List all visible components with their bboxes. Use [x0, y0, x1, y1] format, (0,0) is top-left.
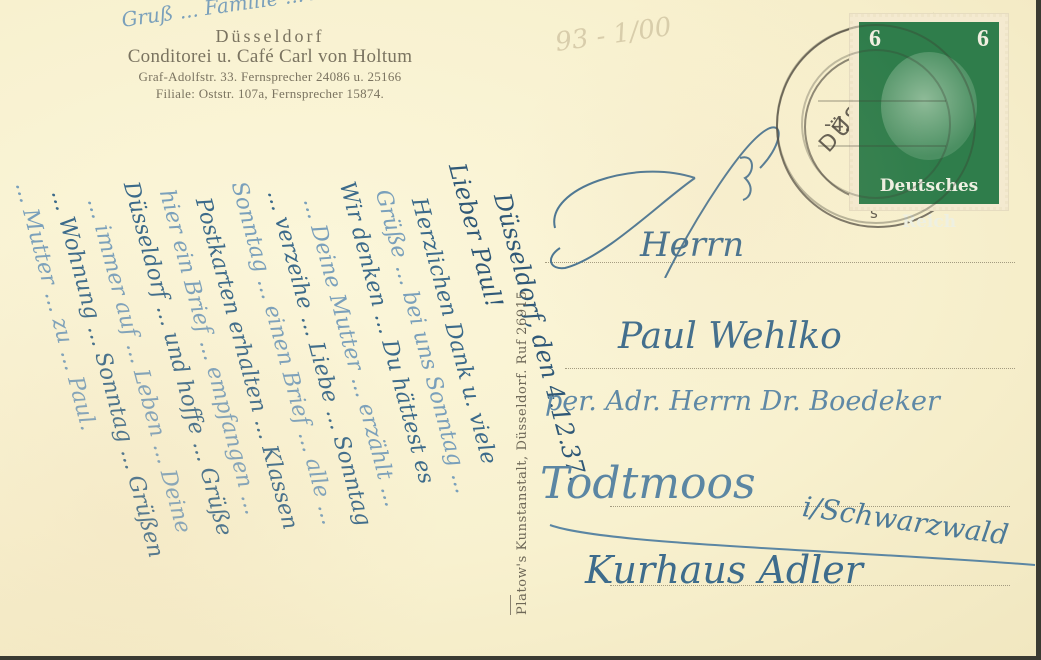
portrait-icon — [881, 52, 977, 160]
postage-stamp: 6 6 Deutsches Reich — [850, 14, 1008, 210]
imprint-address: Graf-Adolfstr. 33. Fernsprecher 24086 u.… — [60, 68, 480, 85]
address-name: Paul Wehlko — [618, 316, 842, 357]
stamp-value-left: 6 — [869, 26, 881, 53]
stamp-face: 6 6 Deutsches Reich — [859, 22, 999, 204]
printed-imprint: Düsseldorf Conditorei u. Café Carl von H… — [60, 26, 480, 102]
stamp-inscription: Deutsches Reich — [859, 168, 999, 204]
center-divider — [510, 595, 511, 615]
stamp-value-right: 6 — [977, 26, 989, 53]
address-street: Kurhaus Adler — [585, 548, 863, 592]
address-town: Todtmoos — [540, 458, 756, 509]
address-care-of: per. Adr. Herrn Dr. Boedeker — [545, 386, 940, 417]
imprint-firm: Conditorei u. Café Carl von Holtum — [60, 46, 480, 68]
printer-credit: Platow's Kunstanstalt, Düsseldorf. Ruf 2… — [515, 290, 530, 615]
postcard-back: 93 - 1/00 Düsseldorf Conditorei u. Café … — [0, 0, 1036, 656]
imprint-branch: Filiale: Oststr. 107a, Fernsprecher 1587… — [60, 85, 480, 102]
address-salutation: Herrn — [640, 225, 744, 265]
pencil-note: 93 - 1/00 — [553, 12, 673, 58]
address-line — [565, 368, 1015, 369]
